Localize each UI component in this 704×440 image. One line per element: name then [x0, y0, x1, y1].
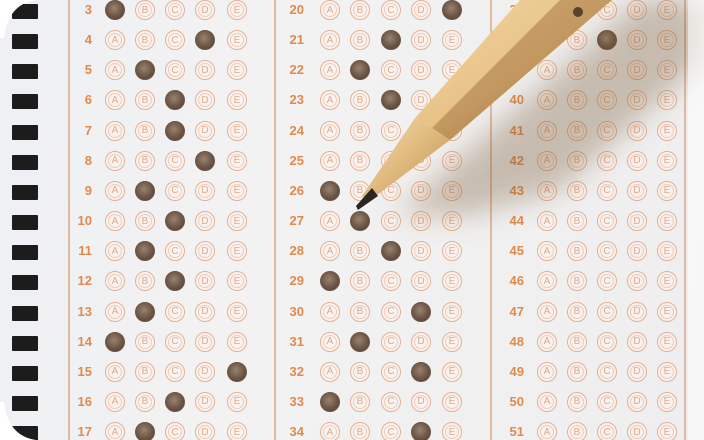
pencil [0, 0, 704, 440]
answer-sheet-photo: 3ABCDE4ABCDE5ABCDE6ABCDE7ABCDE8ABCDE9ABC… [0, 0, 704, 440]
